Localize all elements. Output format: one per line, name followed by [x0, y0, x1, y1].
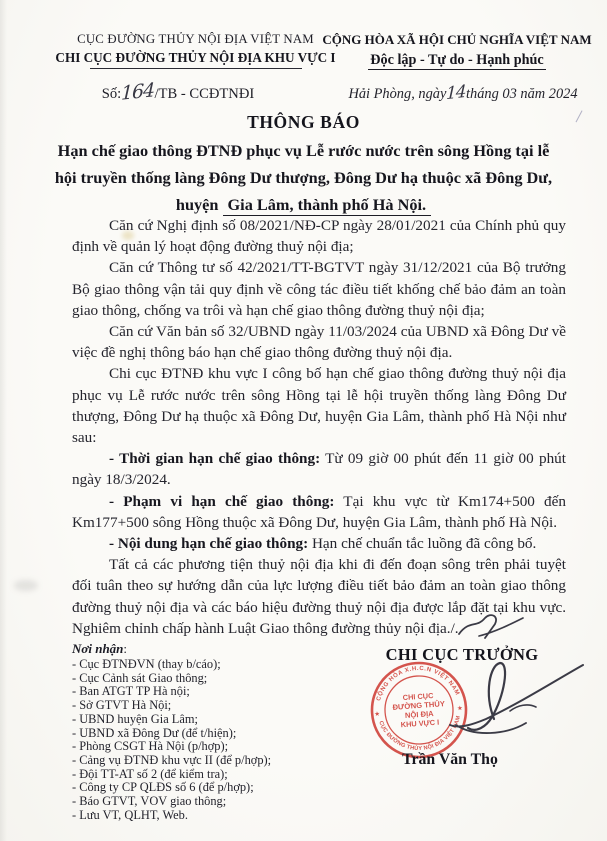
- paragraph-announcement: Chi cục ĐTNĐ khu vực I công bố hạn chế g…: [72, 363, 566, 448]
- seal-star-left: ★: [374, 710, 381, 718]
- date-prefix: Hải Phòng, ngày: [348, 86, 446, 102]
- bullet-area-restriction: - Phạm vi hạn chế giao thông: Tại khu vự…: [72, 491, 566, 533]
- place-date-line: Hải Phòng, ngày14tháng 03 năm 2024: [330, 86, 596, 103]
- recipient-item: - Cảng vụ ĐTNĐ khu vực II (để p/hợp);: [72, 754, 322, 768]
- recipients-heading: Nơi nhận:: [72, 641, 127, 657]
- paper-smudge: [14, 580, 38, 591]
- paragraph-legal-basis-1: Căn cứ Nghị định số 08/2021/NĐ-CP ngày 2…: [72, 215, 566, 257]
- recipients-list: - Cục ĐTNĐVN (thay b/cáo); - Cục Cảnh sá…: [72, 658, 322, 822]
- document-title: THÔNG BÁO: [0, 112, 607, 133]
- recipient-item: - Đội TT-AT số 2 (để kiểm tra);: [72, 768, 322, 782]
- national-header-block: CỘNG HÒA XÃ HỘI CHỦ NGHĨA VIỆT NAM Độc l…: [318, 32, 596, 69]
- document-subject: Hạn chế giao thông ĐTNĐ phục vụ Lễ rước …: [50, 137, 557, 218]
- bullet-time-restriction: - Thời gian hạn chế giao thông: Từ 09 gi…: [72, 448, 566, 490]
- recipient-item: - Báo GTVT, VOV giao thông;: [72, 795, 322, 809]
- signer-name: Trần Văn Thọ: [360, 751, 540, 769]
- handwritten-doc-number: 164: [121, 85, 154, 99]
- recipient-item: - UBND xã Đông Dư (để t/hiện);: [72, 727, 322, 741]
- national-title: CỘNG HÒA XÃ HỘI CHỦ NGHĨA VIỆT NAM: [318, 32, 596, 48]
- issuing-agency-name: CHI CỤC ĐƯỜNG THỦY NỘI ĐỊA KHU VỰC I: [28, 50, 363, 66]
- document-body: Căn cứ Nghị định số 08/2021/NĐ-CP ngày 2…: [72, 215, 566, 639]
- recipient-item: - Cục ĐTNĐVN (thay b/cáo);: [72, 658, 322, 672]
- recipient-item: - Ban ATGT TP Hà nội;: [72, 685, 322, 699]
- subject-underlined-text: Gia Lâm, thành phố Hà Nội.: [223, 195, 432, 216]
- paragraph-legal-basis-3: Căn cứ Văn bản số 32/UBND ngày 11/03/202…: [72, 321, 566, 363]
- recipient-item: - Phòng CSGT Hà Nội (p/hợp);: [72, 740, 322, 754]
- document-number-line: Số:164/TB - CCĐTNĐI: [28, 86, 328, 103]
- handwritten-flourish: [455, 610, 527, 644]
- parent-agency-name: CỤC ĐƯỜNG THỦY NỘI ĐỊA VIỆT NAM: [28, 32, 363, 47]
- doc-number-suffix: /TB - CCĐTNĐI: [155, 86, 255, 102]
- recipient-item: - Sở GTVT Hà Nội;: [72, 699, 322, 713]
- date-suffix: tháng 03 năm 2024: [466, 86, 578, 102]
- recipient-item: - UBND huyện Gia Lâm;: [72, 713, 322, 727]
- recipient-item: - Lưu VT, QLHT, Web.: [72, 809, 322, 823]
- handwritten-signature: [398, 653, 593, 748]
- recipient-item: - Công ty CP QLĐS số 6 (để p/hợp);: [72, 781, 322, 795]
- issuing-org-block: CỤC ĐƯỜNG THỦY NỘI ĐỊA VIỆT NAM CHI CỤC …: [28, 32, 363, 69]
- agency-underline: [90, 68, 302, 69]
- recipient-item: - Cục Cảnh sát Giao thông;: [72, 672, 322, 686]
- scanned-document-page: CỤC ĐƯỜNG THỦY NỘI ĐỊA VIỆT NAM CHI CỤC …: [0, 0, 607, 841]
- bullet-content-restriction: - Nội dung hạn chế giao thông: Hạn chế c…: [72, 533, 566, 554]
- national-motto: Độc lập - Tự do - Hạnh phúc: [318, 52, 596, 69]
- doc-number-prefix: Số:: [102, 86, 121, 102]
- handwritten-day: 14: [446, 87, 466, 99]
- paragraph-legal-basis-2: Căn cứ Thông tư số 42/2021/TT-BGTVT ngày…: [72, 257, 566, 321]
